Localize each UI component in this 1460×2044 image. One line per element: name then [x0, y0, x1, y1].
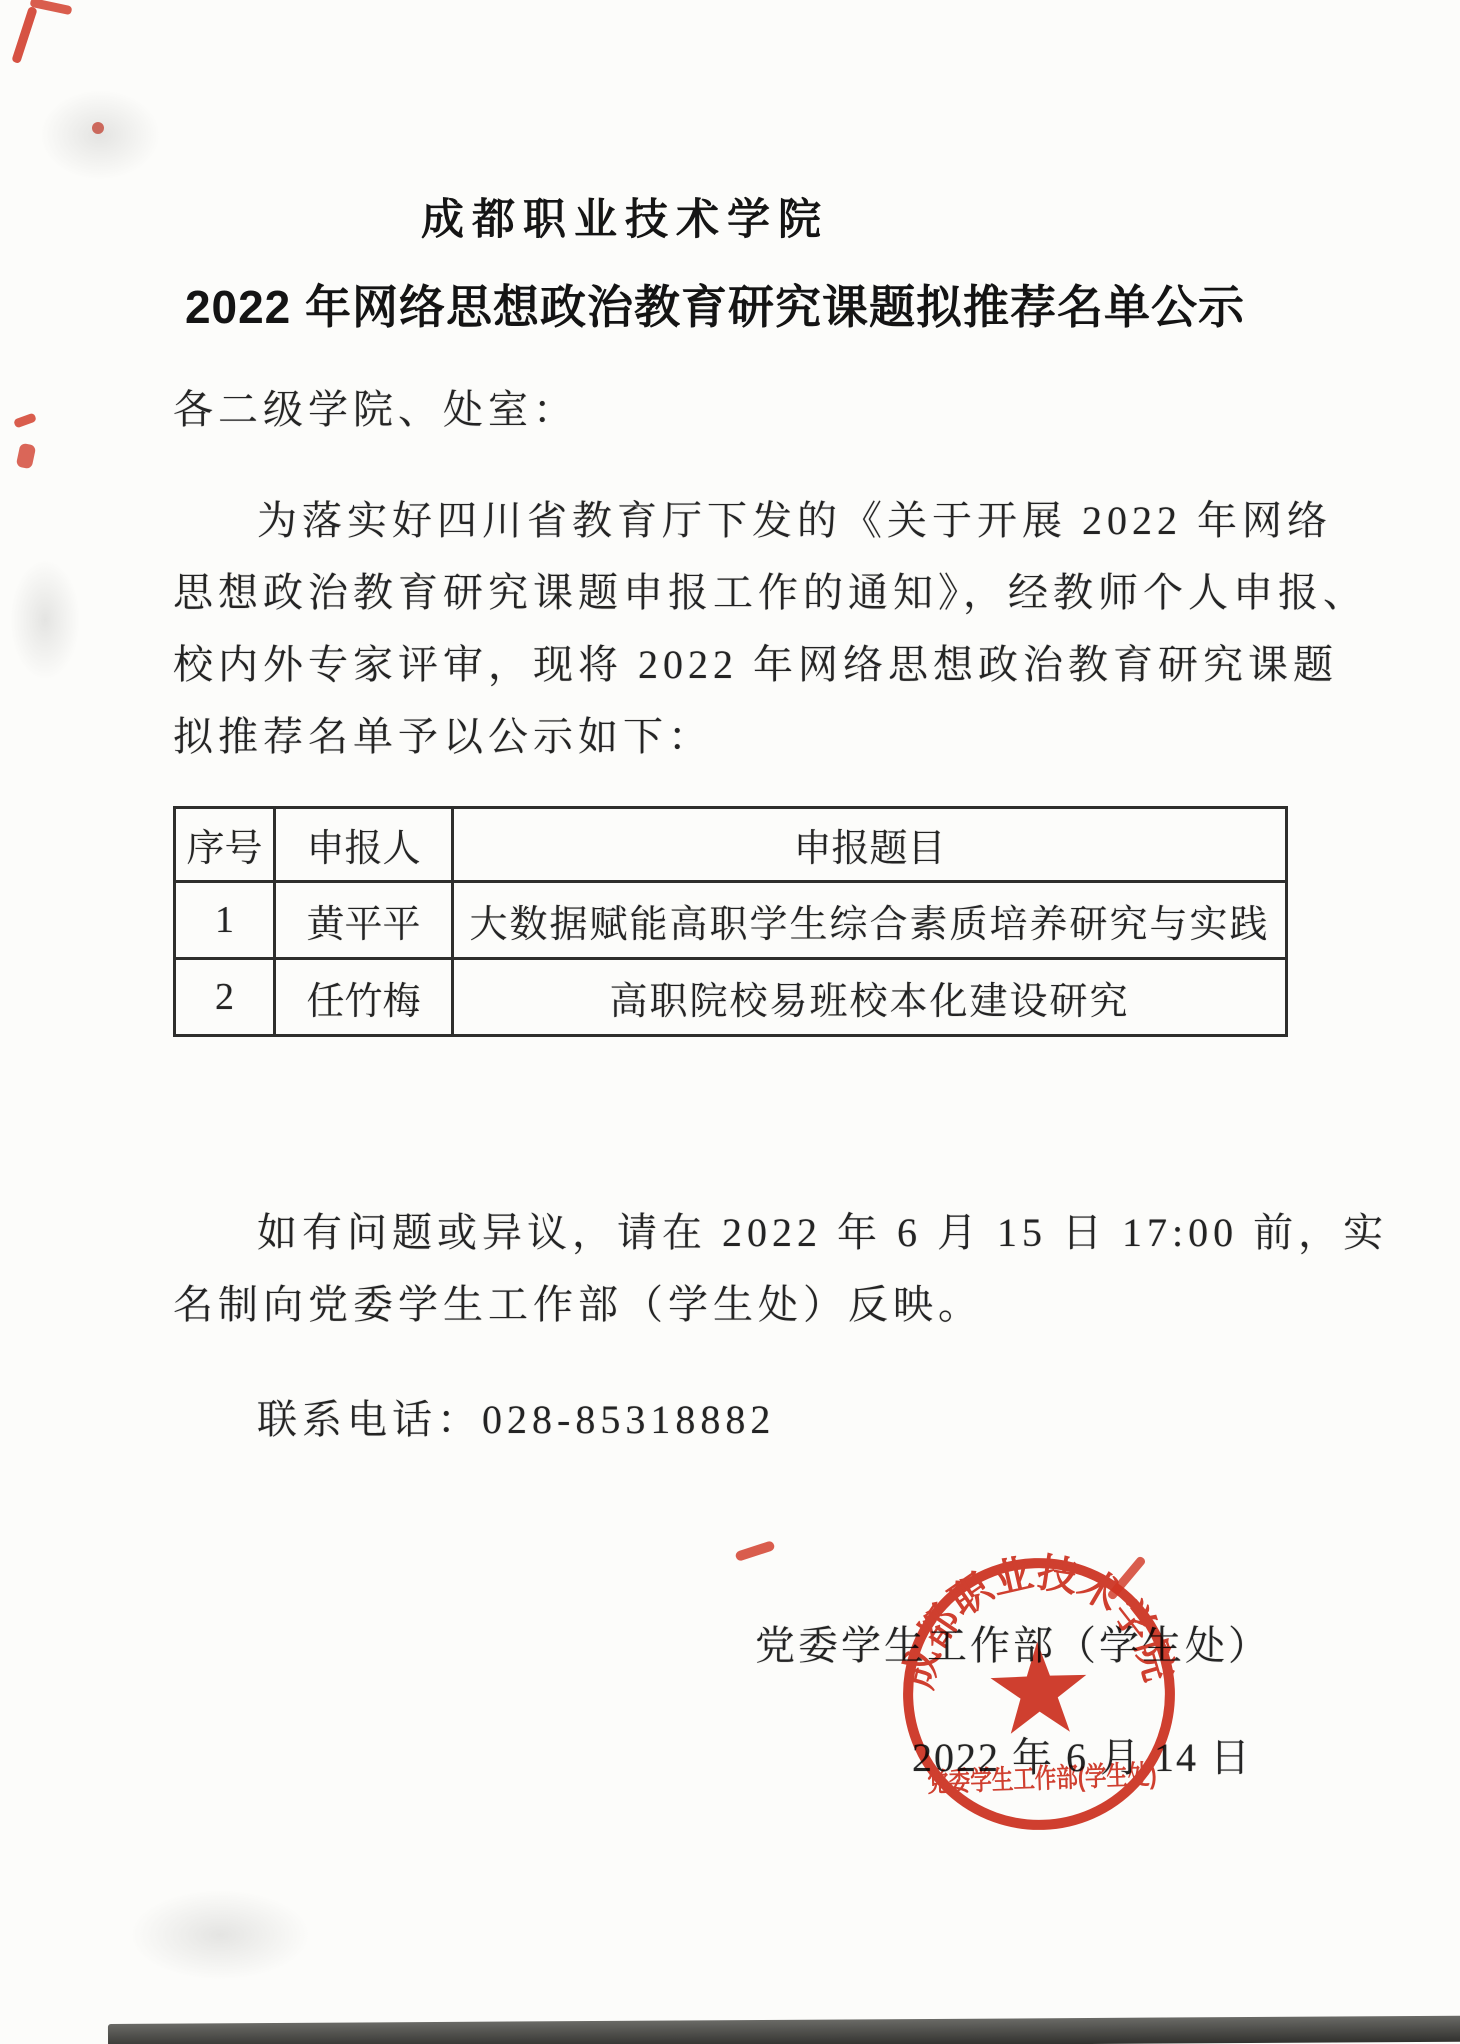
table-row: 1 黄平平 大数据赋能高职学生综合素质培养研究与实践 [175, 882, 1287, 959]
cell-applicant: 黄平平 [275, 882, 453, 959]
body-line: 校内外专家评审，现将 2022 年网络思想政治教育研究课题 [173, 633, 1303, 690]
salutation: 各二级学院、处室： [173, 378, 1303, 435]
cell-project-title: 大数据赋能高职学生综合素质培养研究与实践 [453, 882, 1287, 959]
header-project-title: 申报题目 [453, 808, 1287, 882]
body-line: 思想政治教育研究课题申报工作的通知》，经教师个人申报、 [173, 561, 1303, 618]
red-ink-artifact [16, 443, 37, 470]
closing-line: 名制向党委学生工作部（学生处）反映。 [173, 1273, 1303, 1330]
scan-smudge [40, 90, 160, 180]
red-ink-artifact [734, 1540, 775, 1562]
document-subtitle: 2022 年网络思想政治教育研究课题拟推荐名单公示 [0, 271, 1430, 337]
cell-project-title: 高职院校易班校本化建设研究 [453, 959, 1287, 1036]
recommendation-table: 序号 申报人 申报题目 1 黄平平 大数据赋能高职学生综合素质培养研究与实践 2… [173, 806, 1288, 1037]
scan-smudge [10, 560, 80, 680]
header-applicant: 申报人 [275, 808, 453, 882]
red-ink-artifact [11, 6, 37, 64]
closing-line: 如有问题或异议，请在 2022 年 6 月 15 日 17:00 前，实 [173, 1201, 1387, 1258]
body-line: 为落实好四川省教育厅下发的《关于开展 2022 年网络 [173, 489, 1387, 546]
table-row: 2 任竹梅 高职院校易班校本化建设研究 [175, 959, 1287, 1036]
scan-smudge [130, 1890, 310, 1980]
document-page: 成都职业技术学院 2022 年网络思想政治教育研究课题拟推荐名单公示 各二级学院… [0, 0, 1460, 2044]
header-serial-number: 序号 [175, 808, 275, 882]
cell-serial-number: 1 [175, 882, 275, 959]
contact-phone: 联系电话：028-85318882 [173, 1388, 1387, 1445]
body-line: 拟推荐名单予以公示如下： [173, 705, 1303, 762]
red-ink-artifact [13, 413, 37, 429]
table-header-row: 序号 申报人 申报题目 [175, 808, 1287, 882]
seal-star-icon [989, 1640, 1088, 1734]
scanner-edge-shadow [108, 2016, 1460, 2044]
document-title: 成都职业技术学院 [0, 186, 1250, 247]
cell-serial-number: 2 [175, 959, 275, 1036]
cell-applicant: 任竹梅 [275, 959, 453, 1036]
official-seal-stamp: 成都职业技术学院 党委学生工作部(学生处) [888, 1543, 1190, 1845]
